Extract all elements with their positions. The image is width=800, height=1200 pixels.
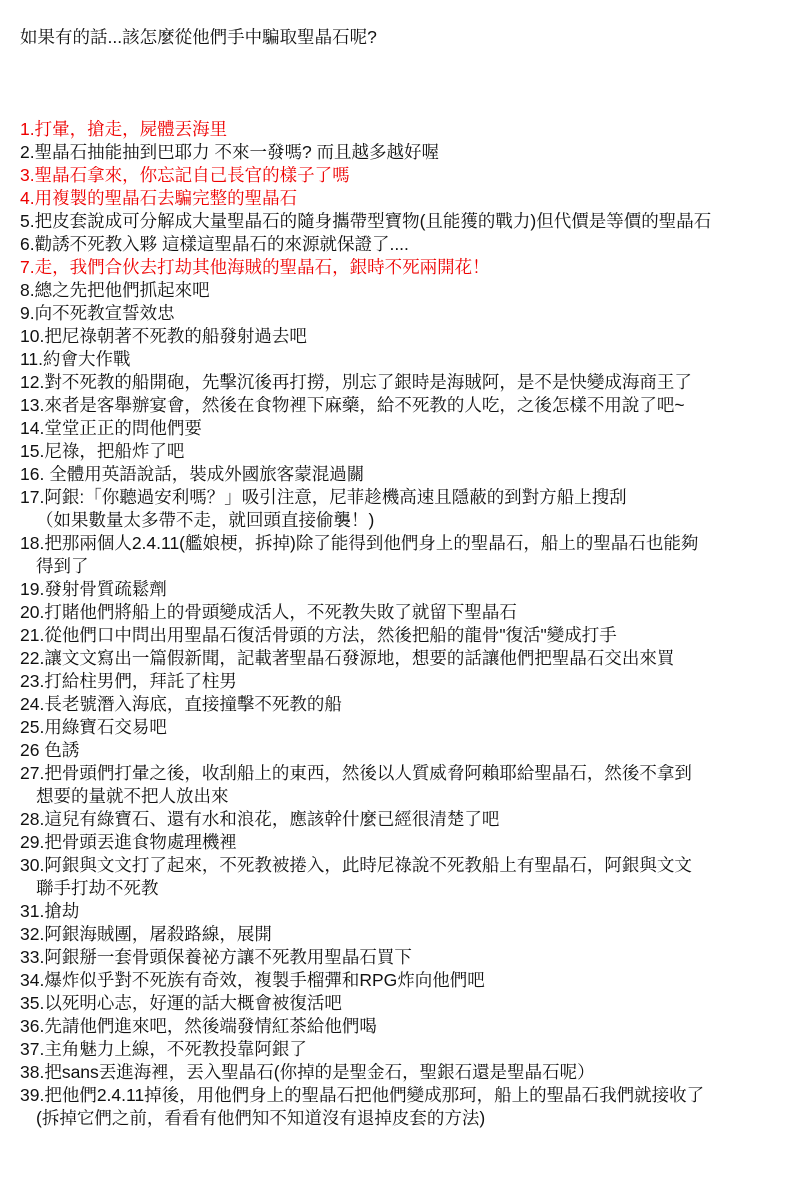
list-item: 28.這兒有綠寶石、還有水和浪花，應該幹什麼已經很清楚了吧 bbox=[20, 808, 792, 831]
list-item: 36.先請他們進來吧，然後端發情紅茶給他們喝 bbox=[20, 1015, 792, 1038]
list-item: 38.把sans丟進海裡，丟入聖晶石(你掉的是聖金石，聖銀石還是聖晶石呢） bbox=[20, 1061, 792, 1084]
list-item: 37.主角魅力上線，不死教投靠阿銀了 bbox=[20, 1038, 792, 1061]
list-item: 29.把骨頭丟進食物處理機裡 bbox=[20, 831, 792, 854]
list-item: 2.聖晶石抽能抽到巴耶力 不來一發嗎? 而且越多越好喔 bbox=[20, 141, 792, 164]
list-item: 16. 全體用英語說話，裝成外國旅客蒙混過關 bbox=[20, 463, 792, 486]
list-item: 26 色誘 bbox=[20, 739, 792, 762]
list-item: 1.打暈，搶走，屍體丟海里 bbox=[20, 118, 792, 141]
list-item-continuation: (拆掉它們之前，看看有他們知不知道沒有退掉皮套的方法) bbox=[20, 1107, 792, 1130]
list-item-continuation: 聯手打劫不死教 bbox=[20, 877, 792, 900]
list-item: 4.用複製的聖晶石去騙完整的聖晶石 bbox=[20, 187, 792, 210]
list-item: 24.長老號潛入海底，直接撞擊不死教的船 bbox=[20, 693, 792, 716]
list-item: 21.從他們口中問出用聖晶石復活骨頭的方法，然後把船的龍骨"復活"變成打手 bbox=[20, 624, 792, 647]
list-item: 12.對不死教的船開砲，先擊沉後再打撈，別忘了銀時是海賊阿，是不是快變成海商王了 bbox=[20, 371, 792, 394]
list-item-continuation: （如果數量太多帶不走，就回頭直接偷襲！) bbox=[20, 509, 792, 532]
list-item: 6.勸誘不死教入夥 這樣這聖晶石的來源就保證了.... bbox=[20, 233, 792, 256]
list-item: 32.阿銀海賊團，屠殺路線，展開 bbox=[20, 923, 792, 946]
page-title: 如果有的話...該怎麼從他們手中騙取聖晶石呢? bbox=[20, 26, 792, 49]
list-item: 9.向不死教宣誓效忠 bbox=[20, 302, 792, 325]
list-item: 25.用綠寶石交易吧 bbox=[20, 716, 792, 739]
list-item: 20.打賭他們將船上的骨頭變成活人，不死教失敗了就留下聖晶石 bbox=[20, 601, 792, 624]
list-item: 34.爆炸似乎對不死族有奇效，複製手榴彈和RPG炸向他們吧 bbox=[20, 969, 792, 992]
list-item-continuation: 得到了 bbox=[20, 555, 792, 578]
list-item: 8.總之先把他們抓起來吧 bbox=[20, 279, 792, 302]
list-item: 23.打給柱男們，拜託了柱男 bbox=[20, 670, 792, 693]
list-item: 18.把那兩個人2.4.11(艦娘梗，拆掉)除了能得到他們身上的聖晶石，船上的聖… bbox=[20, 532, 792, 555]
list-item: 35.以死明心志，好運的話大概會被復活吧 bbox=[20, 992, 792, 1015]
list-item: 10.把尼祿朝著不死教的船發射過去吧 bbox=[20, 325, 792, 348]
list-item: 15.尼祿，把船炸了吧 bbox=[20, 440, 792, 463]
list-item: 17.阿銀:「你聽過安利嗎？」吸引注意，尼菲趁機高速且隱蔽的到對方船上搜刮 bbox=[20, 486, 792, 509]
idea-list: 1.打暈，搶走，屍體丟海里2.聖晶石抽能抽到巴耶力 不來一發嗎? 而且越多越好喔… bbox=[20, 118, 792, 1130]
list-item: 22.讓文文寫出一篇假新聞，記載著聖晶石發源地，想要的話讓他們把聖晶石交出來買 bbox=[20, 647, 792, 670]
list-item: 33.阿銀掰一套骨頭保養祕方讓不死教用聖晶石買下 bbox=[20, 946, 792, 969]
list-item: 5.把皮套說成可分解成大量聖晶石的隨身攜帶型寶物(且能獲的戰力)但代價是等價的聖… bbox=[20, 210, 792, 233]
list-item: 39.把他們2.4.11掉後，用他們身上的聖晶石把他們變成那珂，船上的聖晶石我們… bbox=[20, 1084, 792, 1107]
list-item: 3.聖晶石拿來，你忘記自己長官的樣子了嗎 bbox=[20, 164, 792, 187]
document-page: 如果有的話...該怎麼從他們手中騙取聖晶石呢? 1.打暈，搶走，屍體丟海里2.聖… bbox=[0, 0, 800, 1130]
list-item-continuation: 想要的量就不把人放出來 bbox=[20, 785, 792, 808]
list-item: 27.把骨頭們打暈之後，收刮船上的東西，然後以人質威脅阿賴耶給聖晶石，然後不拿到 bbox=[20, 762, 792, 785]
list-item: 30.阿銀與文文打了起來，不死教被捲入，此時尼祿說不死教船上有聖晶石，阿銀與文文 bbox=[20, 854, 792, 877]
list-item: 31.搶劫 bbox=[20, 900, 792, 923]
list-item: 13.來者是客舉辦宴會，然後在食物裡下麻藥，給不死教的人吃，之後怎樣不用說了吧~ bbox=[20, 394, 792, 417]
list-item: 14.堂堂正正的問他們要 bbox=[20, 417, 792, 440]
list-item: 19.發射骨質疏鬆劑 bbox=[20, 578, 792, 601]
list-item: 7.走，我們合伙去打劫其他海賊的聖晶石，銀時不死兩開花！ bbox=[20, 256, 792, 279]
list-item: 11.約會大作戰 bbox=[20, 348, 792, 371]
